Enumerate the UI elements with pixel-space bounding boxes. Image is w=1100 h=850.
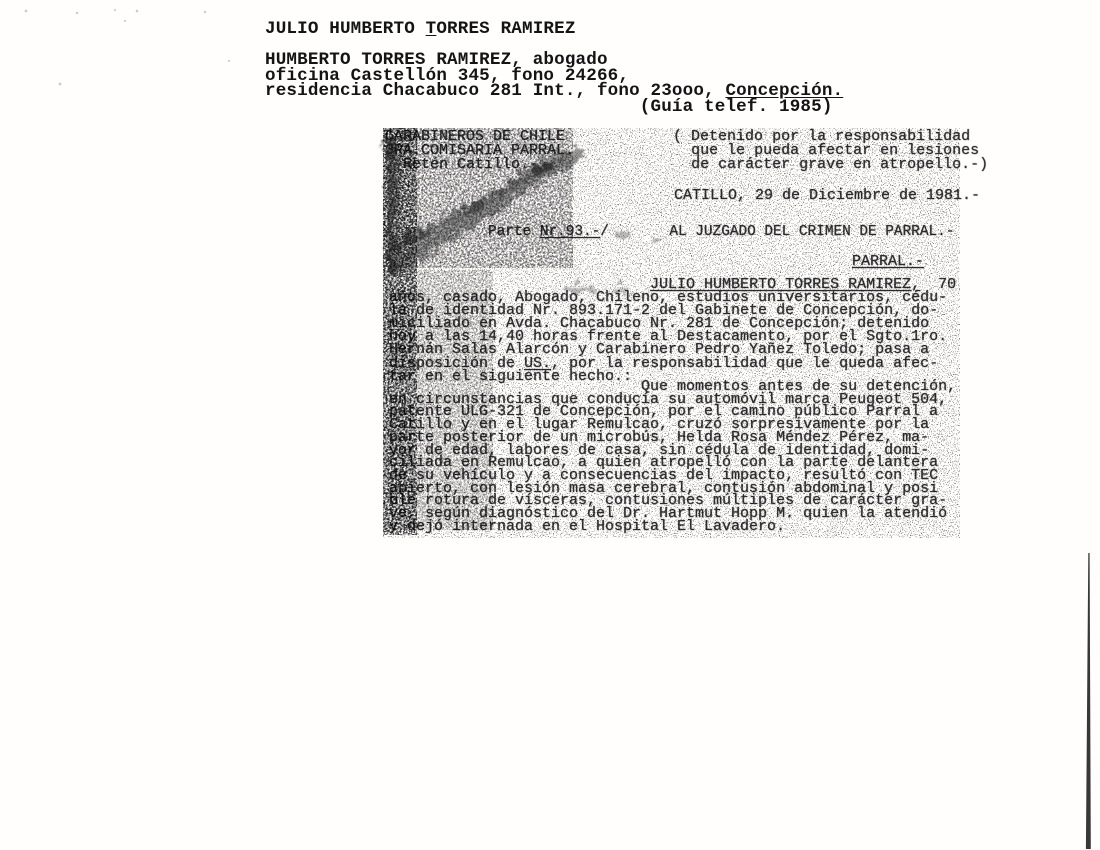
scan-edge-line <box>1086 553 1091 849</box>
header-contact-block: JULIO HUMBERTO TORRES RAMIREZ HUMBERTO T… <box>265 22 843 116</box>
dust-specks <box>25 9 230 86</box>
scan-parte-line: Parte Nr.93.-/ AL JUZGADO DEL CRIMEN DE … <box>488 225 954 239</box>
scan-date-line: CATILLO, 29 de Diciembre de 1981.- <box>674 189 980 203</box>
scanned-document-page: JULIO HUMBERTO TORRES RAMIREZ HUMBERTO T… <box>0 0 1100 850</box>
scan-parral-line: PARRAL.- <box>852 255 924 269</box>
scan-paragraph-2: Que momentos antes de su detención,en ci… <box>389 381 956 533</box>
scan-letterhead: CARABINEROS DE CHILE ( Detenido por la r… <box>385 130 988 173</box>
scan-paragraph-1: JULIO HUMBERTO TORRES RAMIREZ, 70años, c… <box>389 278 956 383</box>
